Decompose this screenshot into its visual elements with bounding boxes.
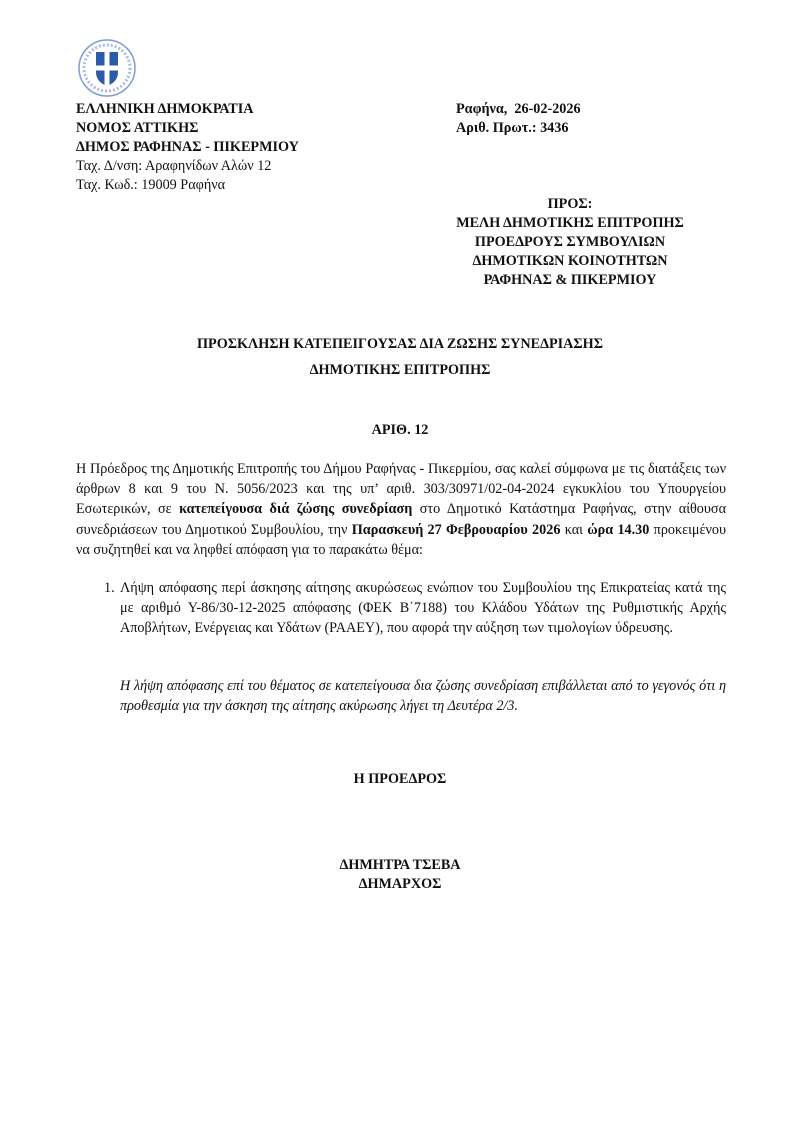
invitation-paragraph: Η Πρόεδρος της Δημοτικής Επιτροπής του Δ… xyxy=(76,459,726,560)
issuer-address: Ταχ. Δ/νση: Αραφηνίδων Αλών 12 xyxy=(76,157,299,176)
agenda-item-number: 1. xyxy=(104,578,115,598)
issuer-country: ΕΛΛΗΝΙΚΗ ΔΗΜΟΚΡΑΤΙΑ xyxy=(76,100,299,119)
recipients-block: ΠΡΟΣ: ΜΕΛΗ ΔΗΜΟΤΙΚΗΣ ΕΠΙΤΡΟΠΗΣ ΠΡΟΕΔΡΟΥΣ… xyxy=(440,195,700,290)
urgency-note: Η λήψη απόφασης επί του θέματος σε κατεπ… xyxy=(120,676,726,716)
meeting-date: Παρασκευή 27 Φεβρουαρίου 2026 xyxy=(352,522,561,538)
issuer-municipality: ΔΗΜΟΣ ΡΑΦΗΝΑΣ - ΠΙΚΕΡΜΙΟΥ xyxy=(76,138,299,157)
invitation-number: ΑΡΙΘ. 12 xyxy=(0,422,800,439)
signatory-role: Η ΠΡΟΕΔΡΟΣ xyxy=(0,770,800,789)
document-subtitle: ΔΗΜΟΤΙΚΗΣ ΕΠΙΤΡΟΠΗΣ xyxy=(0,362,800,379)
recipient-line: ΔΗΜΟΤΙΚΩΝ ΚΟΙΝΟΤΗΤΩΝ xyxy=(440,252,700,271)
signatory-title: ΔΗΜΑΡΧΟΣ xyxy=(0,875,800,894)
meeting-type: κατεπείγουσα διά ζώσης συνεδρίαση xyxy=(179,501,412,517)
document-meta: Ραφήνα, 26-02-2026 Αριθ. Πρωτ.: 3436 xyxy=(456,100,581,138)
agenda-item-text: Λήψη απόφασης περί άσκησης αίτησης ακυρώ… xyxy=(120,578,726,639)
recipient-line: ΜΕΛΗ ΔΗΜΟΤΙΚΗΣ ΕΠΙΤΡΟΠΗΣ xyxy=(440,214,700,233)
meeting-time: ώρα 14.30 xyxy=(587,522,649,538)
document-title: ΠΡΟΣΚΛΗΣΗ ΚΑΤΕΠΕΙΓΟΥΣΑΣ ΔΙΑ ΖΩΣΗΣ ΣΥΝΕΔΡ… xyxy=(0,336,800,353)
greek-coat-of-arms-icon xyxy=(76,38,138,98)
body-text: και xyxy=(560,522,587,538)
recipient-line: ΡΑΦΗΝΑΣ & ΠΙΚΕΡΜΙΟΥ xyxy=(440,271,700,290)
recipients-label: ΠΡΟΣ: xyxy=(440,195,700,214)
signatory-name: ΔΗΜΗΤΡΑ ΤΣΕΒΑ xyxy=(0,856,800,875)
place-date: Ραφήνα, 26-02-2026 xyxy=(456,100,581,119)
protocol-number: Αριθ. Πρωτ.: 3436 xyxy=(456,119,581,138)
issuer-block: ΕΛΛΗΝΙΚΗ ΔΗΜΟΚΡΑΤΙΑ ΝΟΜΟΣ ΑΤΤΙΚΗΣ ΔΗΜΟΣ … xyxy=(76,100,299,195)
issuer-postcode: Ταχ. Κωδ.: 19009 Ραφήνα xyxy=(76,176,299,195)
issuer-prefecture: ΝΟΜΟΣ ΑΤΤΙΚΗΣ xyxy=(76,119,299,138)
signature-block: ΔΗΜΗΤΡΑ ΤΣΕΒΑ ΔΗΜΑΡΧΟΣ xyxy=(0,856,800,894)
recipient-line: ΠΡΟΕΔΡΟΥΣ ΣΥΜΒΟΥΛΙΩΝ xyxy=(440,233,700,252)
agenda-item: 1. Λήψη απόφασης περί άσκησης αίτησης ακ… xyxy=(76,578,726,639)
